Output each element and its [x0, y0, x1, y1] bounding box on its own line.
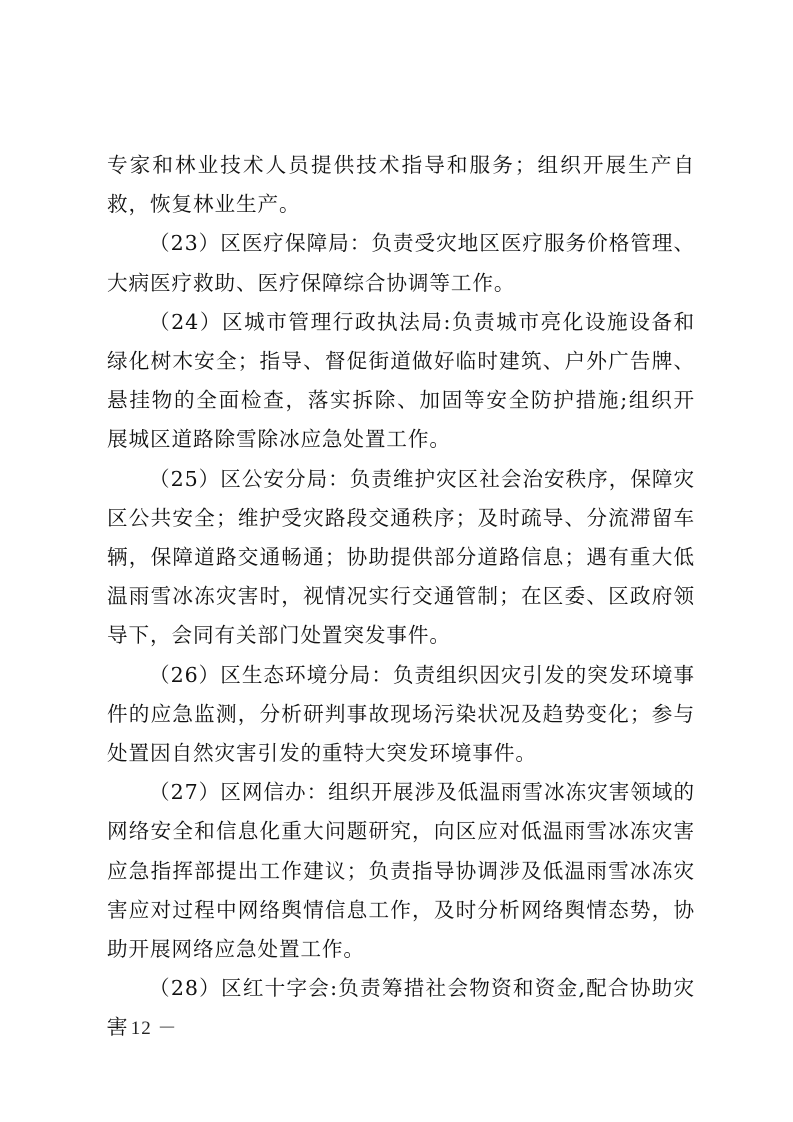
- paragraph-24-urban-management: （24）区城市管理行政执法局:负责城市亮化设施设备和绿化树木安全；指导、督促街道…: [107, 303, 695, 460]
- paragraph-25-public-security: （25）区公安分局：负责维护灾区社会治安秩序，保障灾区公共安全；维护受灾路段交通…: [107, 460, 695, 656]
- paragraph-23-medical-security: （23）区医疗保障局：负责受灾地区医疗服务价格管理、大病医疗救助、医疗保障综合协…: [107, 224, 695, 302]
- paragraph-27-cyberspace-office: （27）区网信办：组织开展涉及低温雨雪冰冻灾害领域的网络安全和信息化重大问题研究…: [107, 773, 695, 969]
- paragraph-forestry-continued: 专家和林业技术人员提供技术指导和服务；组织开展生产自救，恢复林业生产。: [107, 146, 695, 224]
- document-page: 专家和林业技术人员提供技术指导和服务；组织开展生产自救，恢复林业生产。 （23）…: [0, 0, 793, 1122]
- paragraph-26-ecology-environment: （26）区生态环境分局：负责组织因灾引发的突发环境事件的应急监测，分析研判事故现…: [107, 656, 695, 774]
- body-text: 专家和林业技术人员提供技术指导和服务；组织开展生产自救，恢复林业生产。 （23）…: [107, 146, 695, 1048]
- page-number: － 12 －: [105, 1013, 178, 1040]
- paragraph-28-red-cross: （28）区红十字会:负责筹措社会物资和资金,配合协助灾害: [107, 969, 695, 1047]
